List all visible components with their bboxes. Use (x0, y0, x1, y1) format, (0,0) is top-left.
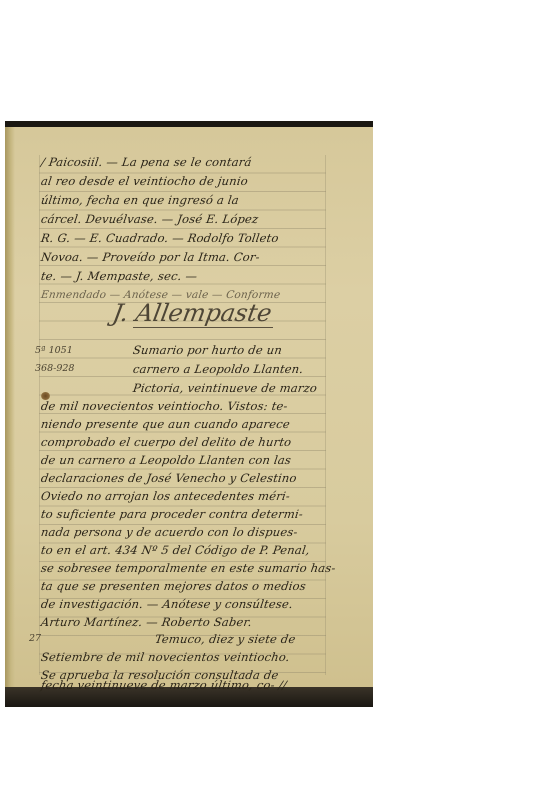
text-line: cárcel. Devuélvase. — José E. López (40, 212, 342, 226)
entry-heading-line: Sumario por hurto de un (132, 343, 344, 357)
text-line: de un carnero a Leopoldo Llanten con las (40, 453, 342, 467)
text-line: Setiembre de mil novecientos veintiocho. (40, 650, 342, 664)
text-line: fecha veintinueve de marzo último, co- /… (40, 678, 342, 692)
entry-heading-line: carnero a Leopoldo Llanten. (132, 362, 344, 376)
text-line: al reo desde el veintiocho de junio (40, 174, 342, 188)
text-line: declaraciones de José Venecho y Celestin… (40, 471, 342, 485)
text-line: se sobresee temporalmente en este sumari… (40, 561, 342, 575)
text-line: Pictoria, veintinueve de marzo (132, 381, 344, 395)
text-line: último, fecha en que ingresó a la (40, 193, 342, 207)
text-line: nada persona y de acuerdo con lo dispues… (40, 525, 342, 539)
text-line: Arturo Martínez. — Roberto Saber. (40, 615, 342, 629)
text-line: ta que se presenten mejores datos o medi… (40, 579, 342, 593)
margin-note-case-number: 5ª 1051 (35, 345, 73, 356)
text-line: to suficiente para proceder contra deter… (40, 507, 342, 521)
text-line: niendo presente que aun cuando aparece (40, 417, 342, 431)
text-line: te. — J. Mempaste, sec. — (40, 269, 342, 283)
text-line: / Paicosiil. — La pena se le contará (40, 155, 342, 169)
text-line: Oviedo no arrojan los antecedentes méri- (40, 489, 342, 503)
document-photograph: / Paicosiil. — La pena se le contará al … (5, 121, 373, 707)
entry-heading-line: Temuco, diez y siete de (154, 632, 366, 646)
ledger-page: / Paicosiil. — La pena se le contará al … (5, 127, 373, 687)
text-line: comprobado el cuerpo del delito de hurto (40, 435, 342, 449)
text-line: de mil novecientos veintiocho. Vistos: t… (40, 399, 342, 413)
text-line: Novoa. — Proveído por la Itma. Cor- (40, 250, 342, 264)
margin-note-reference: 368-928 (35, 363, 74, 374)
text-line: R. G. — E. Cuadrado. — Rodolfo Tolleto (40, 231, 342, 245)
signature-underline (133, 327, 273, 328)
text-line: de investigación. — Anótese y consúltese… (40, 597, 342, 611)
text-line: to en el art. 434 Nº 5 del Código de P. … (40, 543, 342, 557)
signature: J. Allempaste (111, 299, 274, 327)
margin-note-entry-number: 27 (29, 633, 41, 644)
